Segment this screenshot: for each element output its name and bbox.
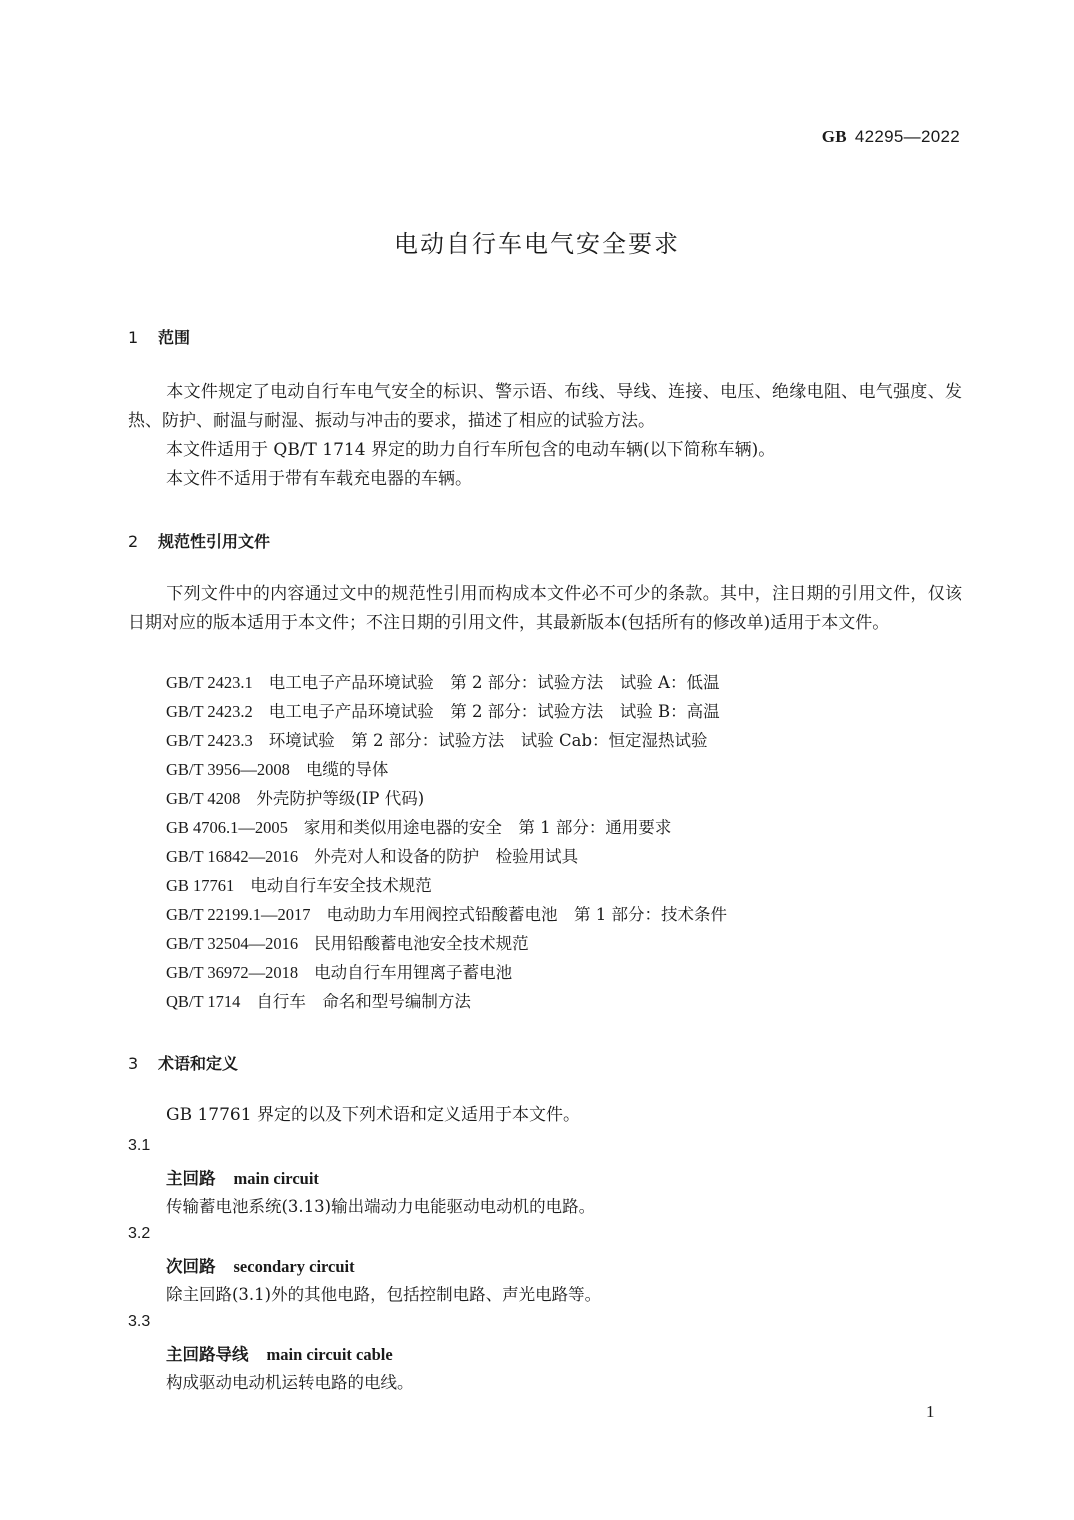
section-number: 2 [128,532,158,551]
reference-item: GB/T 3956—2008电缆的导体 [166,755,727,784]
term-definition: 构成驱动电动机运转电路的电线。 [166,1369,414,1393]
section-title: 术语和定义 [158,1054,238,1073]
reference-item: GB/T 22199.1—2017电动助力车用阀控式铅酸蓄电池 第 1 部分：技… [166,900,727,929]
normative-references-list: GB/T 2423.1电工电子产品环境试验 第 2 部分：试验方法 试验 A：低… [166,668,727,1016]
term-number: 3.1 [128,1137,150,1155]
section-number: 1 [128,328,158,347]
standard-prefix: GB [822,127,847,146]
term-definition: 传输蓄电池系统(3.13)输出端动力电能驱动电动机的电路。 [166,1193,595,1217]
term-name: 主回路main circuit [166,1165,319,1189]
section-title: 范围 [158,328,190,347]
standard-code: 42295—2022 [855,127,960,146]
section-number: 3 [128,1054,158,1073]
standard-number: GB42295—2022 [822,127,960,147]
section-heading-3: 3术语和定义 [128,1051,238,1074]
reference-item: GB/T 36972—2018电动自行车用锂离子蓄电池 [166,958,727,987]
reference-item: GB 4706.1—2005家用和类似用途电器的安全 第 1 部分：通用要求 [166,813,727,842]
reference-item: QB/T 1714自行车 命名和型号编制方法 [166,987,727,1016]
reference-item: GB/T 2423.1电工电子产品环境试验 第 2 部分：试验方法 试验 A：低… [166,668,727,697]
document-title: 电动自行车电气安全要求 [0,224,1074,259]
reference-item: GB/T 2423.3环境试验 第 2 部分：试验方法 试验 Cab：恒定湿热试… [166,726,727,755]
page-number: 1 [926,1402,935,1422]
section-title: 规范性引用文件 [158,532,270,551]
terms-intro-paragraph: GB 17761 界定的以及下列术语和定义适用于本文件。 [128,1101,962,1130]
term-name: 主回路导线main circuit cable [166,1341,393,1365]
reference-item: GB 17761电动自行车安全技术规范 [166,871,727,900]
term-definition: 除主回路(3.1)外的其他电路，包括控制电路、声光电路等。 [166,1281,601,1305]
scope-paragraph-2: 本文件适用于 QB/T 1714 界定的助力自行车所包含的电动车辆(以下简称车辆… [128,436,962,465]
section-heading-2: 2规范性引用文件 [128,529,270,552]
scope-paragraph-1: 本文件规定了电动自行车电气安全的标识、警示语、布线、导线、连接、电压、绝缘电阻、… [128,378,962,436]
term-number: 3.2 [128,1225,150,1243]
reference-item: GB/T 4208外壳防护等级(IP 代码) [166,784,727,813]
reference-item: GB/T 32504—2016民用铅酸蓄电池安全技术规范 [166,929,727,958]
scope-paragraph-3: 本文件不适用于带有车载充电器的车辆。 [128,465,962,494]
reference-item: GB/T 2423.2电工电子产品环境试验 第 2 部分：试验方法 试验 B：高… [166,697,727,726]
references-intro-paragraph: 下列文件中的内容通过文中的规范性引用而构成本文件必不可少的条款。其中，注日期的引… [128,580,962,638]
term-name: 次回路secondary circuit [166,1253,355,1277]
section-heading-1: 1范围 [128,325,190,348]
reference-item: GB/T 16842—2016外壳对人和设备的防护 检验用试具 [166,842,727,871]
term-number: 3.3 [128,1313,150,1331]
